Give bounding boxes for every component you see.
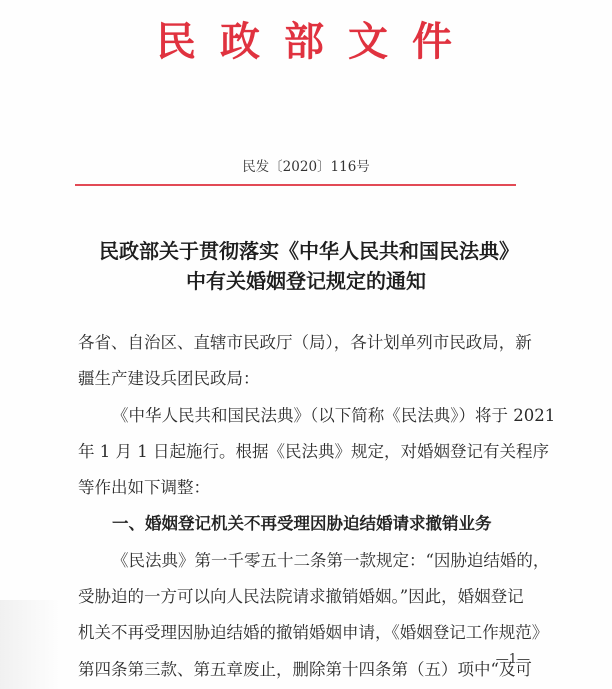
section-heading-1: 一、婚姻登记机关不再受理因胁迫结婚请求撤销业务 <box>78 506 526 542</box>
paragraph-line: 第四条第三款、第五章废止，删除第十四条第（五）项中“及可 <box>78 652 526 688</box>
document-title: 民政部关于贯彻落实《中华人民共和国民法典》 中有关婚姻登记规定的通知 <box>0 236 612 296</box>
document-body: 各省、自治区、直辖市民政厅（局），各计划单列市民政局，新 疆生产建设兵团民政局：… <box>78 325 526 688</box>
paragraph-line: 年 1 月 1 日起施行。根据《民法典》规定，对婚姻登记有关程序 <box>78 434 526 470</box>
paragraph-line: 《中华人民共和国民法典》（以下简称《民法典》）将于 2021 <box>78 398 526 434</box>
paragraph-line: 等作出如下调整： <box>78 470 526 506</box>
page-number: —1— <box>480 650 530 670</box>
red-divider-rule <box>75 184 516 186</box>
paragraph-line: 受胁迫的一方可以向人民法院请求撤销婚姻。”因此，婚姻登记 <box>78 579 526 615</box>
paragraph-line: 机关不再受理因胁迫结婚的撤销婚姻申请，《婚姻登记工作规范》 <box>78 615 526 651</box>
title-line-1: 民政部关于贯彻落实《中华人民共和国民法典》 <box>0 236 612 266</box>
document-number: 民发〔2020〕116号 <box>0 156 612 178</box>
paragraph-line: 《民法典》第一千零五十二条第一款规定：“因胁迫结婚的， <box>78 543 526 579</box>
document-page: 民政部文件 民发〔2020〕116号 民政部关于贯彻落实《中华人民共和国民法典》… <box>0 0 612 689</box>
scan-shadow <box>0 600 60 689</box>
title-line-2: 中有关婚姻登记规定的通知 <box>0 266 612 296</box>
issuer-header: 民政部文件 <box>0 14 612 70</box>
addressee-line-2: 疆生产建设兵团民政局： <box>78 361 526 397</box>
addressee-line-1: 各省、自治区、直辖市民政厅（局），各计划单列市民政局，新 <box>78 325 526 361</box>
